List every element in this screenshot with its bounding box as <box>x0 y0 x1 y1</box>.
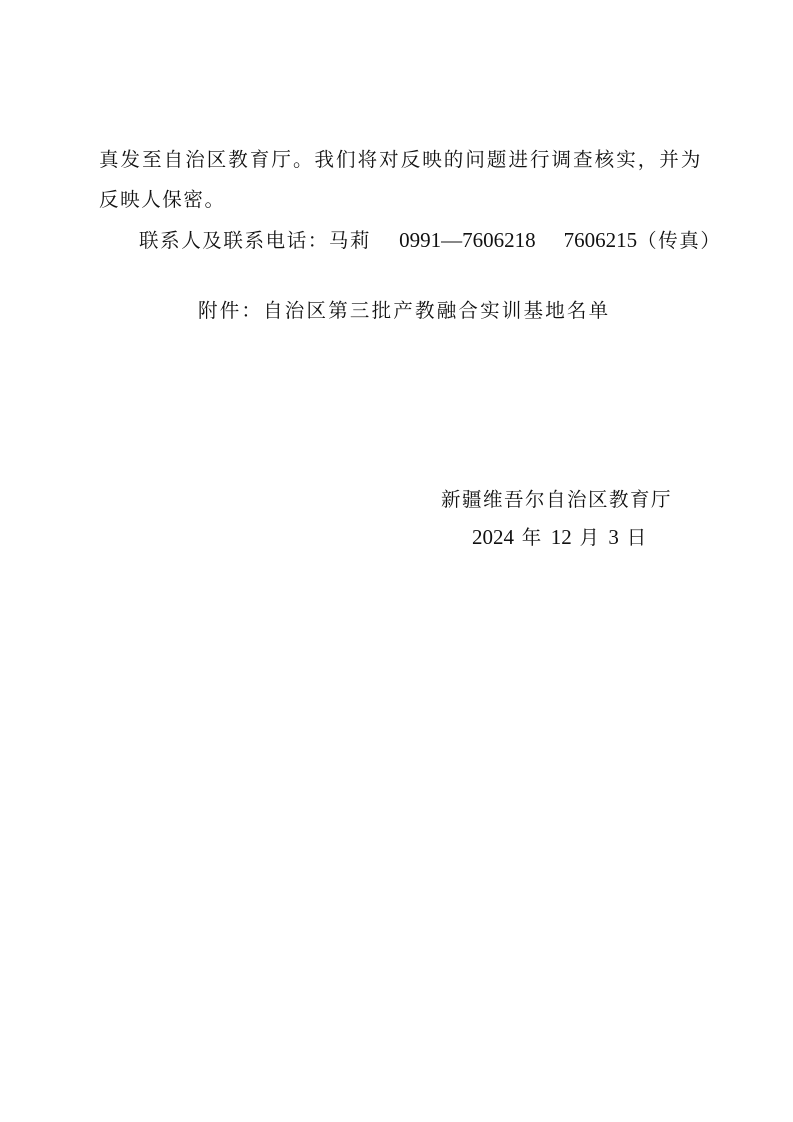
attachment-title: 自治区第三批产教融合实训基地名单 <box>263 299 610 322</box>
issuer-name: 新疆维吾尔自治区教育厅 <box>441 490 672 510</box>
contact-fax-label: （传真） <box>637 229 721 252</box>
date-day: 3 <box>608 525 619 549</box>
attachment-line: 附件：自治区第三批产教融合实训基地名单 <box>198 301 610 321</box>
attachment-label: 附件： <box>198 299 263 322</box>
contact-label: 联系人及联系电话：马莉 <box>139 229 371 252</box>
contact-line: 联系人及联系电话：马莉0991—76062187606215（传真） <box>139 230 722 251</box>
date-year: 2024 <box>472 525 514 549</box>
contact-fax-number: 7606215 <box>564 228 638 252</box>
contact-phone: 0991—7606218 <box>399 228 536 252</box>
date-month: 12 <box>551 525 572 549</box>
date-day-unit: 日 <box>619 526 648 549</box>
date-year-unit: 年 <box>514 526 551 549</box>
body-paragraph-line-2: 反映人保密。 <box>99 190 226 210</box>
date-month-unit: 月 <box>572 526 609 549</box>
issue-date: 2024 年 12 月 3 日 <box>472 527 648 548</box>
body-paragraph-line-1: 真发至自治区教育厅。我们将对反映的问题进行调查核实，并为 <box>99 150 702 170</box>
